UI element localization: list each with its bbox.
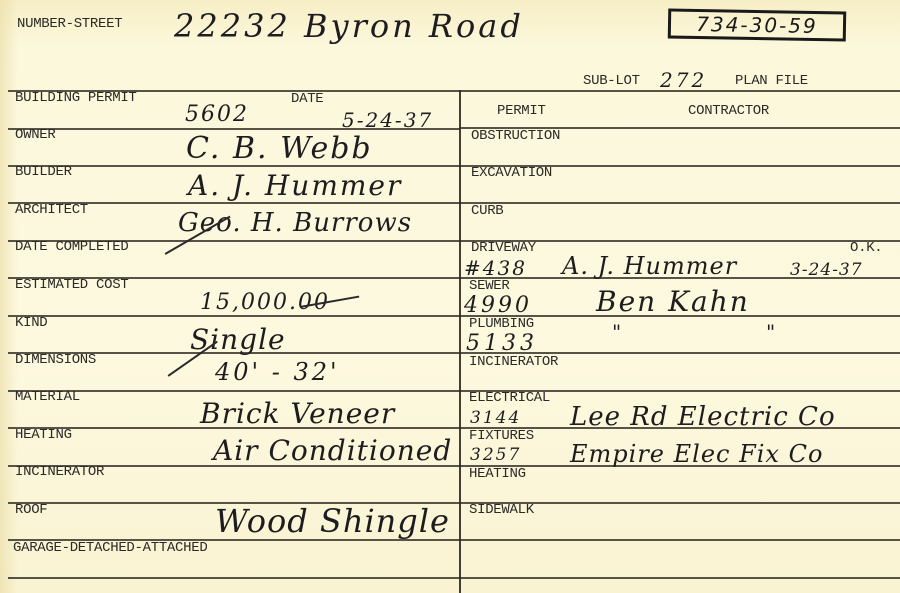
date-label: DATE — [291, 92, 323, 106]
architect-value: Geo. H. Burrows — [178, 210, 412, 236]
date-completed-label: DATE COMPLETED — [15, 240, 128, 254]
material-label: MATERIAL — [15, 390, 80, 404]
rule-bottom — [8, 577, 900, 579]
heating-label: HEATING — [15, 428, 72, 442]
kind-label: KIND — [15, 316, 47, 330]
material-value: Brick Veneer — [200, 400, 395, 428]
sewer-label: SEWER — [469, 279, 510, 293]
driveway-ok: O.K. — [850, 241, 882, 255]
fixtures-label: FIXTURES — [469, 429, 534, 443]
rule — [8, 277, 900, 279]
incinerator-permit-label: INCINERATOR — [469, 355, 558, 369]
builder-label: BUILDER — [15, 165, 72, 179]
rule — [8, 202, 900, 204]
garage-label: GARAGE-DETACHED-ATTACHED — [13, 541, 207, 555]
permit-card: NUMBER-STREET 22232 Byron Road 734-30-59… — [0, 0, 900, 593]
driveway-permit-no: #438 — [464, 258, 527, 278]
roof-label: ROOF — [15, 503, 47, 517]
builder-value: A. J. Hummer — [188, 172, 402, 200]
plumbing-label: PLUMBING — [469, 317, 534, 331]
plan-file-label: PLAN FILE — [735, 74, 808, 88]
driveway-contractor: A. J. Hummer — [562, 254, 737, 278]
reference-number-box: 734-30-59 — [668, 8, 846, 41]
column-divider — [459, 90, 461, 593]
incinerator-label: INCINERATOR — [15, 465, 104, 479]
electrical-contractor: Lee Rd Electric Co — [570, 404, 836, 430]
roof-value: Wood Shingle — [215, 505, 450, 537]
rule — [8, 315, 900, 317]
rule — [8, 390, 900, 392]
rule — [8, 165, 900, 167]
sidewalk-label: SIDEWALK — [469, 503, 534, 517]
sewer-contractor: Ben Kahn — [596, 288, 750, 316]
driveway-label: DRIVEWAY — [471, 241, 536, 255]
plumbing-permit-no: 5133 — [466, 333, 538, 355]
curb-label: CURB — [471, 204, 503, 218]
heating-value: Air Conditioned — [213, 437, 452, 465]
sub-lot-label: SUB-LOT — [583, 74, 640, 88]
obstruction-label: OBSTRUCTION — [471, 129, 560, 143]
date-value: 5-24-37 — [342, 110, 433, 130]
plumbing-contractor-ditto: " — [612, 322, 621, 342]
electrical-label: ELECTRICAL — [469, 391, 550, 405]
electrical-permit-no: 3144 — [470, 410, 521, 427]
address-value: 22232 Byron Road — [174, 10, 524, 42]
fixtures-permit-no: 3257 — [470, 447, 521, 464]
dimensions-label: DIMENSIONS — [15, 353, 96, 367]
reference-number: 734-30-59 — [696, 12, 818, 38]
number-street-label: NUMBER-STREET — [17, 17, 122, 31]
architect-label: ARCHITECT — [15, 203, 88, 217]
excavation-label: EXCAVATION — [471, 166, 552, 180]
dimensions-value: 40' - 32' — [215, 360, 340, 384]
building-permit-label: BUILDING PERMIT — [15, 91, 137, 105]
sewer-permit-no: 4990 — [464, 295, 532, 317]
heating-permit-label: HEATING — [469, 467, 526, 481]
building-permit-value: 5602 — [185, 104, 249, 126]
permit-column-header: PERMIT — [497, 104, 546, 118]
contractor-column-header: CONTRACTOR — [688, 104, 769, 118]
sub-lot-value: 272 — [660, 70, 707, 90]
fixtures-contractor: Empire Elec Fix Co — [570, 442, 823, 466]
estimated-cost-label: ESTIMATED COST — [15, 278, 128, 292]
rule — [8, 240, 900, 242]
plumbing-note-ditto: " — [766, 322, 775, 342]
rule — [8, 352, 900, 354]
rule — [8, 502, 900, 504]
driveway-date: 3-24-37 — [790, 262, 863, 279]
owner-value: C. B. Webb — [186, 134, 373, 164]
owner-label: OWNER — [15, 128, 56, 142]
rule-top — [8, 90, 900, 92]
